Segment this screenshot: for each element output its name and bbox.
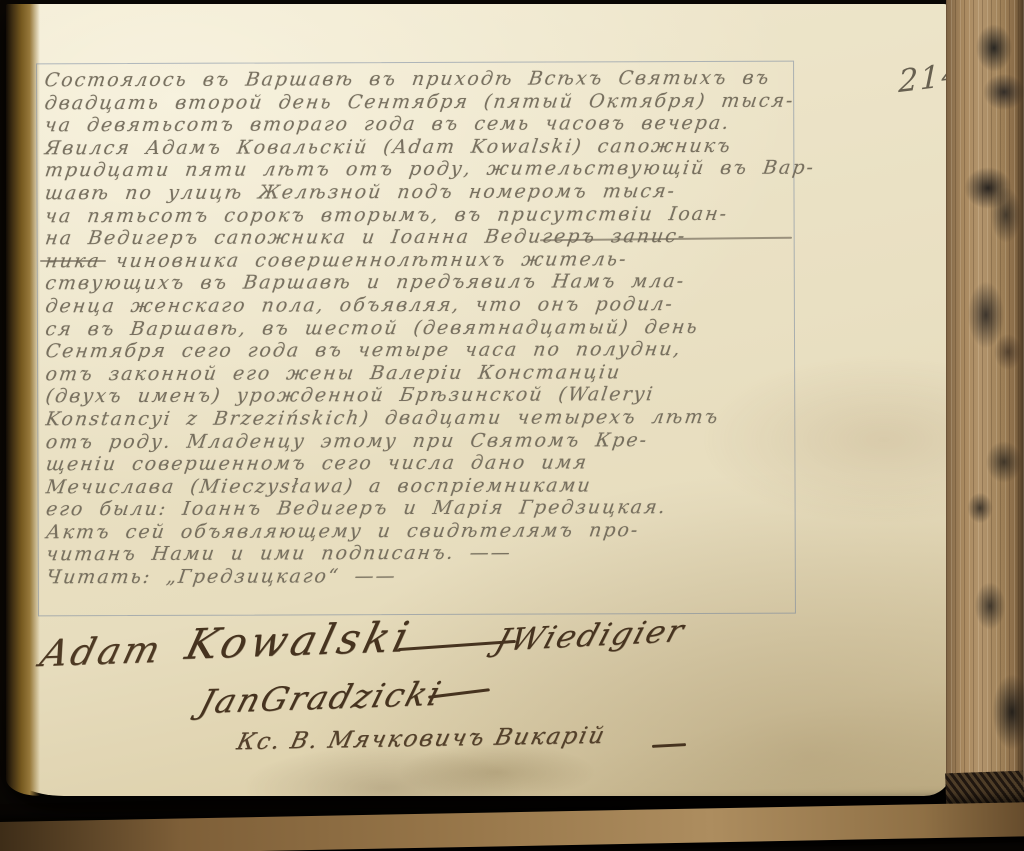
wooden-table-edge bbox=[0, 802, 1024, 851]
record-line: ствующихъ въ Варшавѣ и предъявилъ Намъ м… bbox=[44, 270, 793, 295]
signature-kowalski: Kowalski bbox=[181, 612, 418, 669]
record-line: двадцать второй день Сентября (пятый Окт… bbox=[43, 89, 792, 114]
record-line: ча пятьсотъ сорокъ вторымъ, въ присутств… bbox=[44, 202, 793, 227]
record-line: Актъ сей объявляющему и свидѣтелямъ про- bbox=[45, 519, 794, 544]
record-line: денца женскаго пола, объявляя, что онъ р… bbox=[44, 293, 793, 318]
record-line: тридцати пяти лѣтъ отъ роду, жительствую… bbox=[43, 157, 792, 182]
record-line: Читать: „Гредзицкаго“ —— bbox=[45, 564, 794, 589]
book-page-edges bbox=[946, 0, 1024, 790]
photo-frame: Состоялось въ Варшавѣ въ приходѣ Всѣхъ С… bbox=[0, 0, 1024, 851]
record-line: щеніи совершенномъ сего числа дано имя bbox=[44, 451, 793, 476]
book-gutter bbox=[6, 4, 40, 796]
signature-adam: Adam bbox=[36, 628, 168, 675]
record-line: ча девятьсотъ втораго года въ семь часов… bbox=[43, 112, 792, 137]
record-line: Явился Адамъ Ковальскій (Adam Kowalski) … bbox=[43, 134, 792, 159]
record-line: Сентября сего года въ четыре часа по пол… bbox=[44, 338, 793, 363]
record-line: (двухъ именъ) урожденной Брѣзинской (Wal… bbox=[44, 383, 793, 408]
record-line: Konstancyi z Brzezińskich) двадцати четы… bbox=[44, 406, 793, 431]
record-line: ника чиновника совершеннолѣтнихъ житель- bbox=[44, 247, 793, 272]
record-line: Мечислава (Mieczysława) а воспріемниками bbox=[45, 473, 794, 498]
record-line: его были: Іоаннъ Ведигеръ и Марія Гредзи… bbox=[45, 496, 794, 521]
record-line: Состоялось въ Варшавѣ въ приходѣ Всѣхъ С… bbox=[43, 67, 792, 92]
record-line: отъ роду. Младенцу этому при Святомъ Кре… bbox=[44, 428, 793, 453]
record-entry-box: Состоялось въ Варшавѣ въ приходѣ Всѣхъ С… bbox=[36, 61, 796, 617]
record-line: читанъ Нами и ими подписанъ. —— bbox=[45, 541, 794, 566]
correction-underline bbox=[40, 260, 106, 262]
record-line: отъ законной его жены Валеріи Констанціи bbox=[44, 360, 793, 385]
record-line: ся въ Варшавѣ, въ шестой (девятнадцатый)… bbox=[44, 315, 793, 340]
record-line: шавѣ по улицѣ Желѣзной подъ номеромъ тыс… bbox=[44, 180, 793, 205]
